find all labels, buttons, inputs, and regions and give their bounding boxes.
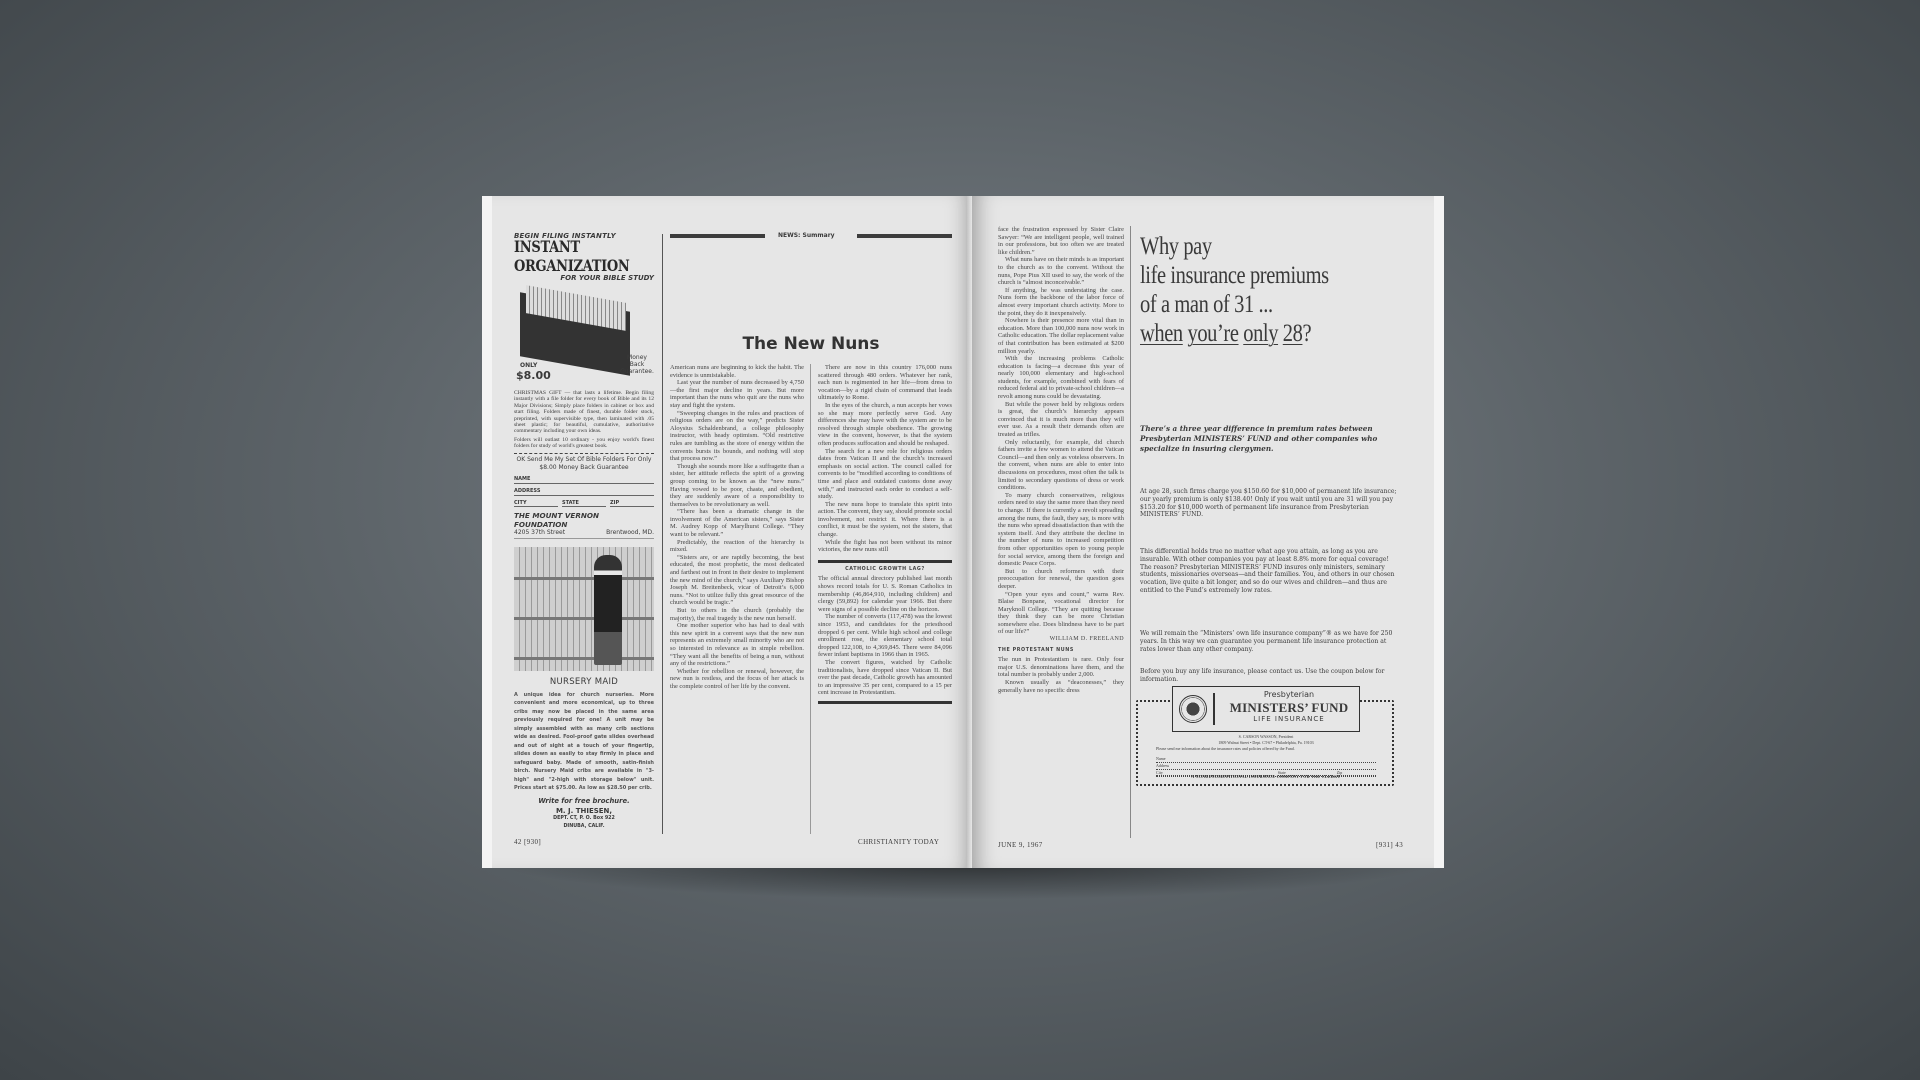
insurance-coupon[interactable]: Presbyterian MINISTERS’ FUND LIFE INSURA… <box>1136 700 1394 786</box>
paragraph: Only reluctantly, for example, did churc… <box>998 439 1124 492</box>
logo-line-1: Presbyterian <box>1221 690 1357 699</box>
woman-figure-icon <box>594 555 622 665</box>
paragraph: Nowhere is their presence more vital tha… <box>998 317 1124 355</box>
insurance-lead: There’s a three year difference in premi… <box>1140 424 1400 454</box>
foundation-name: THE MOUNT VERNON FOUNDATION <box>514 511 654 529</box>
paragraph: face the frustration expressed by Sister… <box>998 226 1124 256</box>
insurance-paragraph: Before you buy any life insurance, pleas… <box>1140 668 1402 684</box>
paragraph: But to others in the church (probably th… <box>670 607 804 622</box>
headline-line: life insurance premiums <box>1140 261 1353 290</box>
coupon-tagline: A NONDENOMINATIONAL INSURANCE COMPANY FO… <box>1156 774 1376 780</box>
paragraph: Last year the number of nuns decreased b… <box>670 379 804 409</box>
street: 4205 37th Street <box>514 529 565 536</box>
logo-line-2: MINISTERS’ FUND <box>1221 700 1357 716</box>
nursery-dept: DEPT. CT, P. O. Box 922 <box>514 815 654 823</box>
paragraph: To many church conservatives, religious … <box>998 492 1124 568</box>
headline-line: Why pay <box>1140 232 1353 261</box>
address-field[interactable]: Address <box>1156 763 1376 770</box>
paragraph: One mother superior who has had to deal … <box>670 622 804 668</box>
paragraph: The convert figures, watched by Catholic… <box>818 659 952 697</box>
left-page: BEGIN FILING INSTANTLY INSTANT ORGANIZAT… <box>482 196 972 868</box>
date-foot: JUNE 9, 1967 <box>998 841 1043 849</box>
brochure-cta: Write for free brochure. <box>514 797 654 805</box>
paragraph: Though she sounds more like a suffragett… <box>670 463 804 509</box>
city-field[interactable]: CITY <box>514 500 558 507</box>
paragraph: Whether for rebellion or renewal, howeve… <box>670 668 804 691</box>
paragraph: “Open your eyes and count,” warns Rev. B… <box>998 591 1124 637</box>
paragraph: The nun in Protestantism is rare. Only f… <box>998 656 1124 679</box>
price: $8.00 <box>516 369 551 382</box>
paragraph: Predictably, the reaction of the hierarc… <box>670 539 804 554</box>
paragraph: “There has been a dramatic change in the… <box>670 508 804 538</box>
paragraph: But to church reformers with their preoc… <box>998 568 1124 591</box>
nursery-body: A unique idea for church nurseries. More… <box>514 691 654 793</box>
byline: WILLIAM D. FREELAND <box>998 636 1124 644</box>
article-continued-column: face the frustration expressed by Sister… <box>998 226 1124 694</box>
nursery-headline: NURSERY MAID <box>514 677 654 687</box>
crib-shelf <box>514 617 654 620</box>
paragraph: The new nuns hope to translate this spir… <box>818 501 952 539</box>
state-field[interactable]: STATE <box>562 500 606 507</box>
column-rule <box>662 234 663 834</box>
town: Brentwood, MD. <box>606 529 654 536</box>
headline-word: ? <box>1302 320 1311 347</box>
headline-word: 28 <box>1283 320 1303 347</box>
paragraph: What nuns have on their minds is as impo… <box>998 256 1124 286</box>
header-bar <box>670 234 765 238</box>
headline-word: you’re <box>1187 320 1238 347</box>
column-rule <box>810 364 811 834</box>
insurance-headline: Why pay life insurance premiums of a man… <box>1140 232 1353 348</box>
article-column-1: American nuns are beginning to kick the … <box>670 364 804 691</box>
city-state-zip-row: CITY STATE ZIP <box>514 500 654 507</box>
ad-body-2: Folders will outlast 10 ordinary - you e… <box>514 437 654 450</box>
insurance-paragraph: We will remain the “Ministers’ own life … <box>1140 630 1402 653</box>
coupon-request: Please send me information about the ins… <box>1156 746 1376 752</box>
name-field[interactable]: Name <box>1156 756 1376 763</box>
ministers-fund-logo: Presbyterian MINISTERS’ FUND LIFE INSURA… <box>1172 686 1360 732</box>
sidebar-rule <box>818 560 952 563</box>
ad-body: CHRISTMAS GIFT — that lasts a lifetime. … <box>514 390 654 435</box>
address-field[interactable]: ADDRESS <box>514 488 654 496</box>
sidebar-heading: CATHOLIC GROWTH LAG? <box>818 566 952 574</box>
headline-word: when <box>1140 320 1183 347</box>
logo-divider <box>1213 693 1215 725</box>
right-page: face the frustration expressed by Sister… <box>972 196 1444 868</box>
paragraph: The number of converts (117,478) was the… <box>818 613 952 659</box>
sidebar-rule <box>818 701 952 704</box>
page-folio: [931] 43 <box>1376 841 1403 849</box>
paragraph: “Sisters are, or are rapidly becoming, t… <box>670 554 804 607</box>
zip-field[interactable]: ZIP <box>610 500 654 507</box>
paragraph: While the fight has not been without its… <box>818 539 952 554</box>
paragraph: American nuns are beginning to kick the … <box>670 364 804 379</box>
headline-line: of a man of 31 ... <box>1140 290 1353 319</box>
crib-shelf <box>514 577 654 580</box>
paragraph: Known usually as “deaconesses,” they gen… <box>998 679 1124 694</box>
nursery-company: M. J. THIESEN, <box>514 807 654 815</box>
headline-line: when you’re only 28? <box>1140 319 1353 348</box>
insurance-paragraph: At age 28, such firms charge you $150.60… <box>1140 488 1402 519</box>
paragraph: The official annual directory published … <box>818 575 952 613</box>
section-header: NEWS: Summary <box>670 232 952 242</box>
foundation-address: 4205 37th Street Brentwood, MD. <box>514 529 654 539</box>
page-folio: 42 [930] <box>514 838 541 846</box>
paragraph: In the eyes of the church, a nun accepts… <box>818 402 952 448</box>
seal-icon <box>1179 695 1207 723</box>
headline-word: only <box>1243 320 1278 347</box>
bible-folder-ad: BEGIN FILING INSTANTLY INSTANT ORGANIZAT… <box>514 232 654 831</box>
paragraph: “Sweeping changes in the rules and pract… <box>670 410 804 463</box>
section-label: NEWS: Summary <box>778 232 835 239</box>
paragraph: The search for a new role for religious … <box>818 448 952 501</box>
file-box-illustration: ONLY $8.00 Money Back Guarantee. <box>514 288 654 384</box>
article-column-2: There are now in this country 176,000 nu… <box>818 364 952 704</box>
paragraph: If anything, he was understating the cas… <box>998 287 1124 317</box>
article-title: The New Nuns <box>670 334 952 354</box>
only-label: ONLY <box>520 362 537 369</box>
ad-headline: INSTANT ORGANIZATION <box>514 238 654 276</box>
nursery-city: DINUBA, CALIF. <box>514 823 654 831</box>
guarantee-label: Money Back Guarantee. <box>620 354 654 375</box>
paragraph: There are now in this country 176,000 nu… <box>818 364 952 402</box>
logo-line-3: LIFE INSURANCE <box>1221 715 1357 723</box>
insurance-paragraph: This differential holds true no matter w… <box>1140 548 1402 595</box>
running-foot: CHRISTIANITY TODAY <box>858 838 939 846</box>
crib-shelf <box>514 657 654 660</box>
nursery-photo <box>514 547 654 671</box>
column-rule <box>1130 226 1131 838</box>
name-field[interactable]: NAME <box>514 476 654 484</box>
paragraph: With the increasing problems Catholic ed… <box>998 355 1124 401</box>
order-line: OK Send Me My Set Of Bible Folders For O… <box>514 453 654 472</box>
header-bar <box>857 234 952 238</box>
paragraph: But while the power held by religious or… <box>998 401 1124 439</box>
sidebar-heading: THE PROTESTANT NUNS <box>998 647 1124 655</box>
